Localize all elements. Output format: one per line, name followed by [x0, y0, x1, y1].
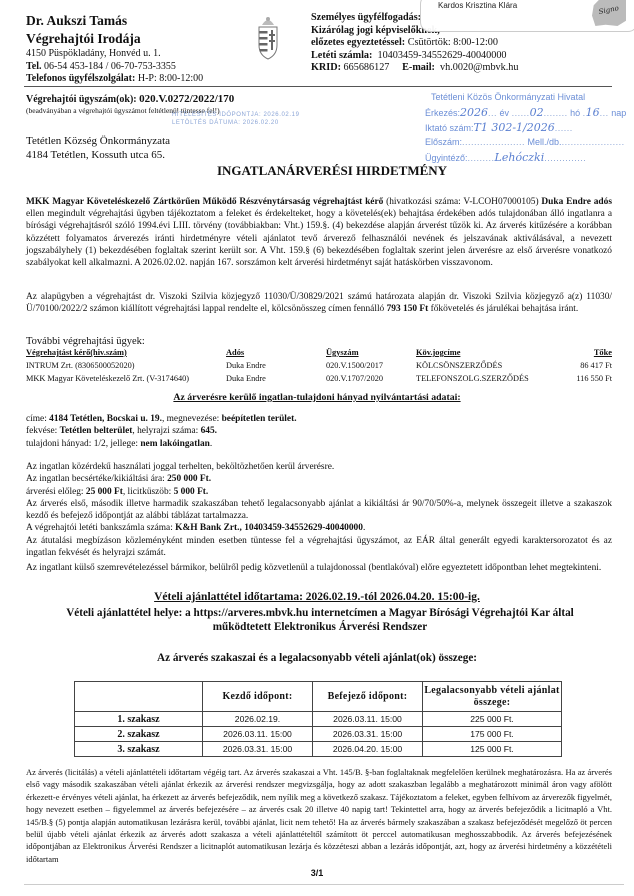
office-subtitle: Végrehajtói Irodája: [26, 30, 266, 48]
property-section-title: Az árverésre kerülő ingatlan-tulajdoni h…: [0, 392, 634, 403]
table-row: 3. szakasz2026.03.31. 15:002026.04.20. 1…: [75, 742, 562, 757]
offer-place: Vételi ajánlattétel helye: a https://arv…: [40, 606, 600, 634]
addressee-name: Tetétlen Község Önkormányzata: [26, 134, 170, 148]
office-name: Dr. Aukszi Tamás: [26, 12, 266, 30]
deposit-step: árverési előleg: 25 000 Ft, licitküszöb:…: [26, 486, 612, 498]
registry-arrival: Érkezés:2026... év ......02........ hó .…: [425, 105, 634, 120]
final-paragraph: Az árverés (licitálás) a vételi ajánlatt…: [26, 766, 612, 865]
table-row: INTRUM Zrt. (8306500052020)Duka Endre020…: [26, 359, 612, 372]
stages-table: Kezdő időpont: Befejező időpont: Legalac…: [74, 681, 562, 757]
case-number: Végrehajtói ügyszám(ok): 020.V.0272/2022…: [26, 93, 234, 105]
property-location: fekvése: Tetétlen belterület, helyrajzi …: [26, 425, 297, 437]
header-divider: [24, 86, 612, 87]
office-phone-service: Telefonos ügyfélszolgálat: H-P: 8:00-12:…: [26, 73, 266, 86]
deposit-account: Letéti számla: 10403459-34552629-4004000…: [311, 50, 631, 63]
basis-paragraph: Az alapügyben a végrehajtást dr. Viszoki…: [26, 291, 612, 315]
coat-of-arms-icon: [256, 15, 280, 61]
signer-name: Kardos Krisztina Klára: [438, 1, 517, 10]
offer-period: Vételi ajánlattétel időtartama: 2026.02.…: [0, 591, 634, 603]
auction-terms: Az ingatlan közérdekű használati joggal …: [26, 461, 612, 575]
table-row: 1. szakasz2026.02.19.2026.03.11. 15:0022…: [75, 712, 562, 727]
property-share: tulajdoni hányad: 1/2, jellege: nem lakó…: [26, 438, 297, 450]
email-link[interactable]: vh.0020@mbvk.hu: [440, 62, 518, 73]
viewing-note: Az ingatlant külső szemrevételezéssel bá…: [26, 562, 612, 574]
page-bottom-divider: [24, 884, 624, 885]
usage-note: Az ingatlan közérdekű használati joggal …: [26, 461, 612, 473]
stages-title: Az árverés szakaszai és a legalacsonyabb…: [0, 652, 634, 664]
addressee: Tetétlen Község Önkormányzata 4184 Tetét…: [26, 134, 170, 162]
transfer-note: Az átutalási megbízáson közleményként mi…: [26, 535, 612, 560]
registry-file-number: Iktató szám:T1 302-1/2026......: [425, 120, 634, 135]
other-cases-table: Végrehajtást kérő(hiv.szám) Adós Ügyszám…: [26, 346, 612, 385]
office-phone: Tel. 06-54 453-184 / 06-70-753-3355: [26, 61, 266, 74]
krid-email: KRID: 665686127 E-mail: vh.0020@mbvk.hu: [311, 62, 631, 75]
table-row: 2. szakasz2026.03.11. 15:002026.03.31. 1…: [75, 727, 562, 742]
registry-stamp: Tetétleni Közös Önkormányzati Hivatal Ér…: [425, 90, 634, 165]
registry-title: Tetétleni Közös Önkormányzati Hivatal: [425, 90, 634, 105]
office-header: Dr. Aukszi Tamás Végrehajtói Irodája 415…: [26, 12, 266, 86]
document-title: INGATLANÁRVERÉSI HIRDETMÉNY: [0, 163, 634, 179]
addressee-address: 4184 Tetétlen, Kossuth utca 65.: [26, 148, 170, 162]
reception-hours: előzetes egyeztetéssel: Csütörtök: 8:00-…: [311, 37, 631, 50]
table-row: MKK Magyar Követeléskezelő Zrt. (V-31746…: [26, 372, 612, 385]
intro-paragraph: MKK Magyar Követeléskezelő Zártkörűen Mű…: [26, 196, 612, 269]
page-number: 3/1: [0, 868, 634, 878]
office-address: 4150 Püspökladány, Honvéd u. 1.: [26, 48, 266, 61]
signature-badge-icon: Signo: [592, 0, 626, 26]
price: Az ingatlan becsértéke/kikiáltási ára: 2…: [26, 473, 612, 485]
property-details: címe: 4184 Tetétlen, Bocskai u. 19., meg…: [26, 413, 297, 450]
receipt-stamp: HITELESÍTÉS IDŐPONTJA: 2026.02.19 LETÖLT…: [172, 111, 300, 127]
stages-note: Az árverés első, második illetve harmadi…: [26, 498, 612, 523]
bank-account: A végrehajtói letéti bankszámla száma: K…: [26, 522, 612, 534]
registry-prev-number: Előszám:..................... Mell./db..…: [425, 135, 634, 150]
property-address: címe: 4184 Tetétlen, Bocskai u. 19., meg…: [26, 413, 297, 425]
